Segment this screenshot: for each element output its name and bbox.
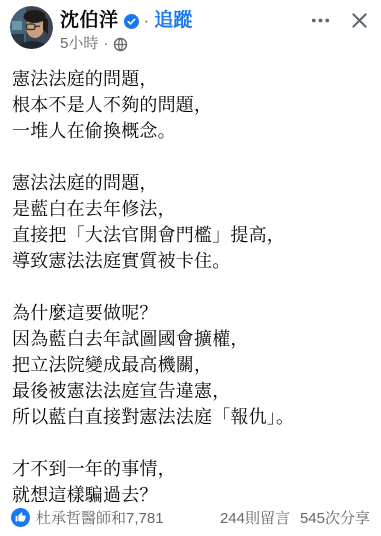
facebook-post-card: 沈伯洋 · 追蹤 5小時 · [0, 0, 381, 536]
verified-badge-icon [124, 14, 139, 29]
counts: 244則留言 545次分享 [220, 507, 370, 528]
header-actions [309, 9, 370, 32]
author-name[interactable]: 沈伯洋 [60, 9, 119, 33]
ellipsis-icon [309, 9, 332, 32]
reactions-summary[interactable]: 杜承哲醫師和7,781 [11, 507, 164, 528]
timestamp[interactable]: 5小時 [60, 35, 98, 53]
close-button[interactable] [349, 10, 370, 31]
close-icon [349, 10, 370, 31]
reactions-text: 杜承哲醫師和7,781 [36, 507, 164, 528]
globe-icon [113, 37, 128, 52]
follow-button[interactable]: 追蹤 [154, 9, 192, 33]
post-text: 憲法法庭的問題， 根本不是人不夠的問題， 一堆人在偷換概念。 憲法法庭的問題， … [0, 53, 381, 508]
engagement-bar: 杜承哲醫師和7,781 244則留言 545次分享 [0, 507, 381, 528]
separator-dot: · [103, 35, 108, 53]
more-options-button[interactable] [309, 9, 332, 32]
comments-count[interactable]: 244則留言 [220, 507, 290, 528]
post-header: 沈伯洋 · 追蹤 5小時 · [0, 0, 381, 53]
like-icon [11, 508, 30, 527]
name-row: 沈伯洋 · 追蹤 [60, 9, 192, 33]
avatar[interactable] [10, 6, 53, 49]
avatar-photo [10, 6, 53, 49]
shares-count[interactable]: 545次分享 [300, 507, 370, 528]
separator-dot: · [144, 9, 150, 33]
meta-row: 5小時 · [60, 35, 192, 53]
header-text: 沈伯洋 · 追蹤 5小時 · [60, 6, 192, 53]
